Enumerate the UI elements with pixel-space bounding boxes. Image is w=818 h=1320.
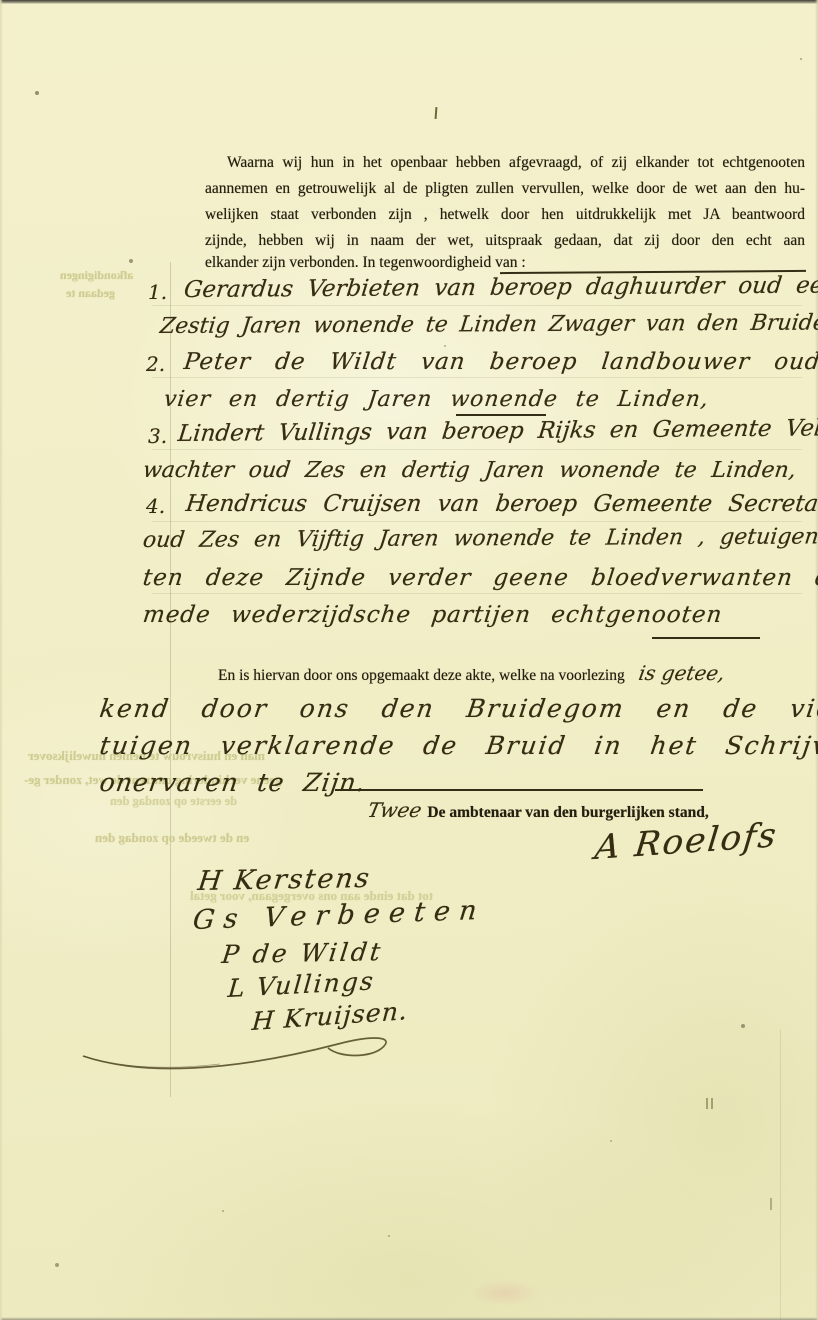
witness-number: 1. (148, 280, 167, 304)
printed-paragraph-line: zijnde, hebben wij in naam der wet, uits… (205, 228, 805, 254)
bleed-through-text: afkondigingen (60, 268, 133, 283)
witness-number: 4. (146, 494, 165, 518)
witness-entry-line: Peter de Wildt van beroep landbouwer oud (182, 349, 818, 375)
witness-entry-line: Hendricus Cruijsen van beroep Gemeente S… (184, 491, 818, 517)
scanned-marriage-record: afkondigingen gedaan te man en huisvrouw… (0, 0, 818, 1320)
witness-entry-line: Gerardus Verbieten van beroep daghuurder… (182, 272, 818, 303)
official-hand-prefix: Twee (365, 798, 424, 822)
witness-number: 2. (146, 352, 165, 376)
pink-smudge (470, 1280, 540, 1306)
signature: H Kerstens (196, 863, 373, 897)
printed-paragraph-line: aannemen en getrouwelijk al de pligten z… (205, 176, 805, 202)
official-title-text: De ambtenaar van den burgerlijken stand, (427, 804, 708, 821)
witness-number: 3. (148, 424, 167, 448)
bleed-through-text: gedaan te (66, 286, 115, 301)
fold-crease-right (780, 1030, 781, 1320)
baseline-guide (152, 305, 802, 306)
ink-tick-mark (435, 107, 438, 119)
signature: L Vullings (227, 966, 376, 1003)
closing-hand-line: onervaren te Zijn. (98, 768, 368, 797)
margin-mark-2 (711, 1098, 713, 1109)
witness-continuation-line: mede wederzijdsche partijen echtgenooten (141, 602, 724, 628)
bleed-through-text: en de tweede op zondag den (95, 830, 249, 846)
witness-entry-line: wachter oud Zes en dertig Jaren wonende … (141, 458, 797, 483)
closing-hand-line: kend door ons den Bruidegom en de vier g… (98, 694, 818, 723)
closing-hand-line: tuigen verklarende de Bruid in het Schri… (98, 731, 818, 760)
official-title-line: Twee De ambtenaar van den burgerlijken s… (368, 798, 709, 822)
official-signature: A Roelofs (593, 815, 780, 868)
margin-mark-1 (706, 1098, 708, 1109)
witness-entry-line: Lindert Vullings van beroep Rijks en Gem… (177, 415, 818, 447)
baseline-guide (152, 593, 802, 594)
paper-top-edge (0, 0, 818, 4)
entry-dash-rule (456, 414, 546, 416)
closing-dash-rule (335, 789, 703, 791)
closing-sentence: En is hiervan door ons opgemaakt deze ak… (218, 661, 724, 685)
paper-left-edge (0, 0, 3, 1320)
printed-paragraph-line: elkander zijn verbonden. In tegenwoordig… (205, 254, 526, 272)
baseline-guide (152, 377, 802, 378)
witness-entry-line: oud Zes en Vijftig Jaren wonende te Lind… (142, 524, 818, 553)
paper-specks (0, 0, 2, 2)
printed-paragraph-line: welijken staat verbonden zijn , hetwelk … (205, 202, 805, 228)
signature: P de Wildt (220, 937, 385, 969)
baseline-guide (152, 449, 802, 450)
closing-printed-text: En is hiervan door ons opgemaakt deze ak… (218, 667, 625, 684)
printed-paragraph-line: Waarna wij hun in het openbaar hebben af… (205, 150, 805, 176)
closing-handwritten-inline: is getee, (637, 661, 727, 685)
signature-flourish (80, 1016, 420, 1090)
witness-entry-line: vier en dertig Jaren wonende te Linden, (162, 387, 710, 412)
baseline-guide (152, 521, 802, 522)
margin-mark-3 (770, 1198, 772, 1210)
witness-entry-line: Zestig Jaren wonende te Linden Zwager va… (159, 310, 818, 339)
entry-dash-rule (652, 637, 760, 639)
witness-continuation-line: ten deze Zijnde verder geene bloedverwan… (141, 565, 818, 591)
